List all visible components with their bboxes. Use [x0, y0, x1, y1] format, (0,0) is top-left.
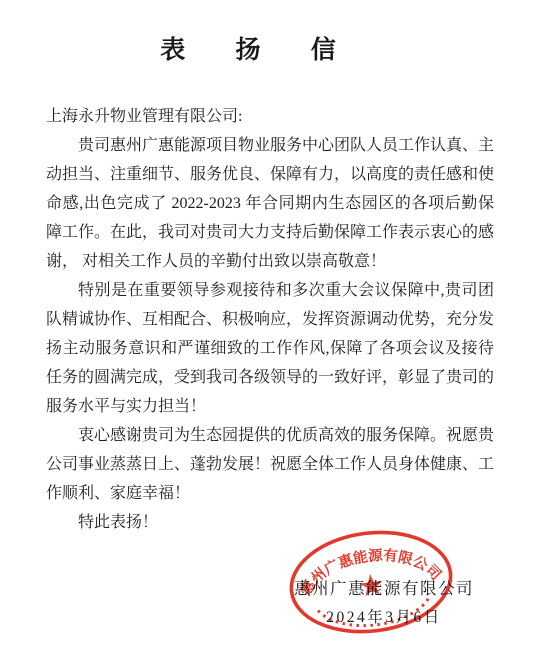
signature-company: 惠州广惠能源有限公司	[294, 575, 474, 599]
commendation-letter-page: 表 扬 信 上海永升物业管理有限公司: 贵司惠州广惠能源项目物业服务中心团队人员…	[0, 0, 536, 666]
paragraph-2: 特别是在重要领导参观接待和多次重大会议保障中,贵司团队精诚协作、互相配合、积极响…	[46, 276, 494, 421]
letter-body: 表 扬 信 上海永升物业管理有限公司: 贵司惠州广惠能源项目物业服务中心团队人员…	[0, 0, 536, 537]
signature-date: 2024年3月6日	[294, 605, 474, 627]
paragraph-1: 贵司惠州广惠能源项目物业服务中心团队人员工作认真、主动担当、注重细节、服务优良、…	[46, 131, 494, 276]
signature-block: 惠州广惠能源有限公司 2024年3月6日	[294, 575, 474, 627]
salutation: 上海永升物业管理有限公司:	[46, 102, 494, 131]
paragraph-3: 衷心感谢贵司为生态园提供的优质高效的服务保障。祝愿贵公司事业蒸蒸日上、蓬勃发展！…	[46, 421, 494, 508]
paragraph-commendation: 特此表扬！	[46, 508, 494, 537]
page-title: 表 扬 信	[35, 30, 483, 66]
